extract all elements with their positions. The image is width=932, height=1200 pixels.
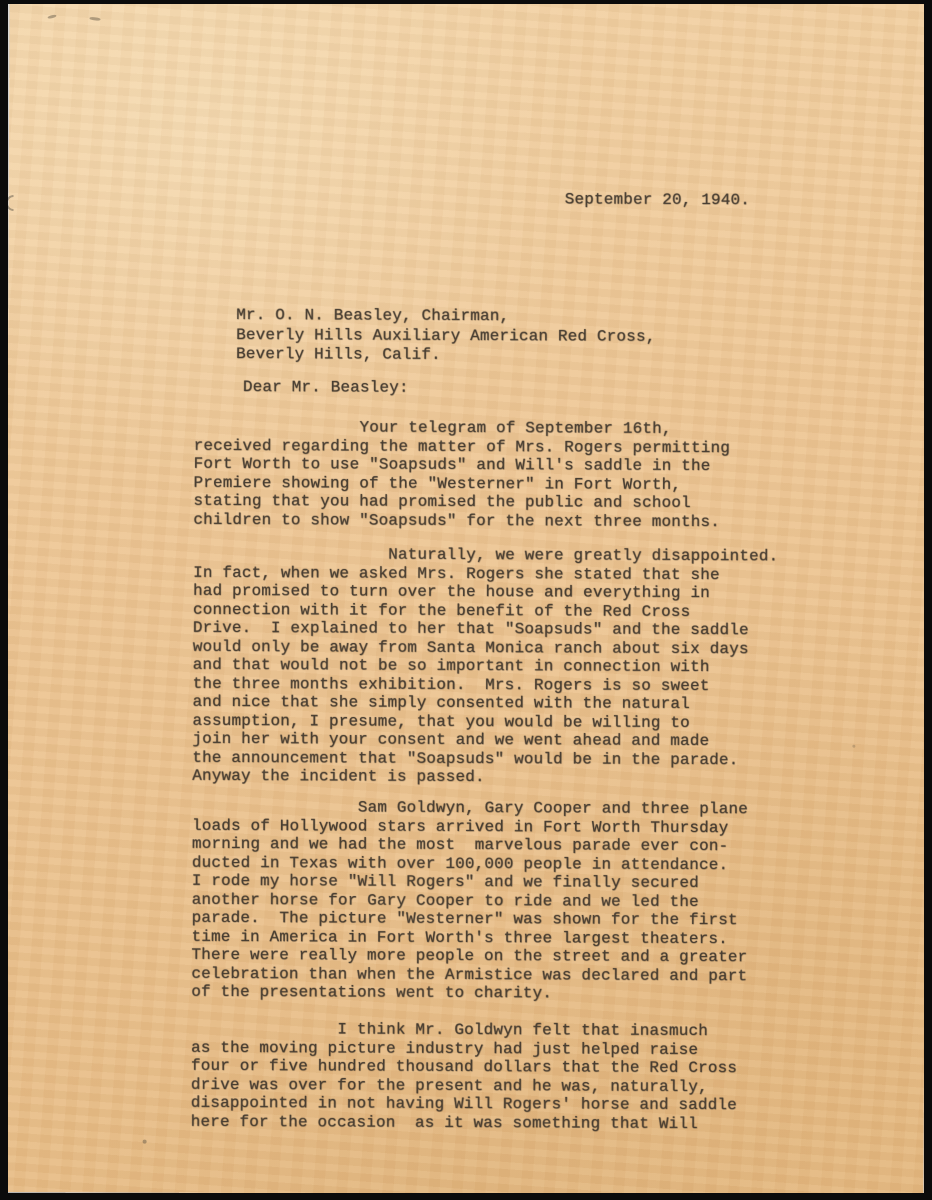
letter-paragraph-3: Sam Goldwyn, Gary Cooper and three plane… [191, 798, 748, 1004]
letter-paragraph-1: Your telegram of September 16th, receive… [193, 418, 730, 531]
letter-page: September 20, 1940. Mr. O. N. Beasley, C… [8, 4, 924, 1193]
letter-paragraph-4: I think Mr. Goldwyn felt that inasmuch a… [191, 1020, 738, 1133]
recipient-address-block: Mr. O. N. Beasley, Chairman, Beverly Hil… [236, 306, 656, 366]
paper-speck [143, 1140, 147, 1144]
scan-frame: September 20, 1940. Mr. O. N. Beasley, C… [0, 0, 932, 1200]
paper-speck [852, 745, 855, 748]
paper-speck [47, 14, 56, 19]
letter-date: September 20, 1940. [565, 190, 750, 209]
paper-speck [89, 17, 100, 21]
scan-backdrop: September 20, 1940. Mr. O. N. Beasley, C… [8, 4, 924, 1193]
paper-edge-mark [8, 195, 14, 211]
salutation: Dear Mr. Beasley: [243, 378, 409, 397]
letter-paragraph-2: Naturally, we were greatly disappointed.… [192, 545, 778, 788]
